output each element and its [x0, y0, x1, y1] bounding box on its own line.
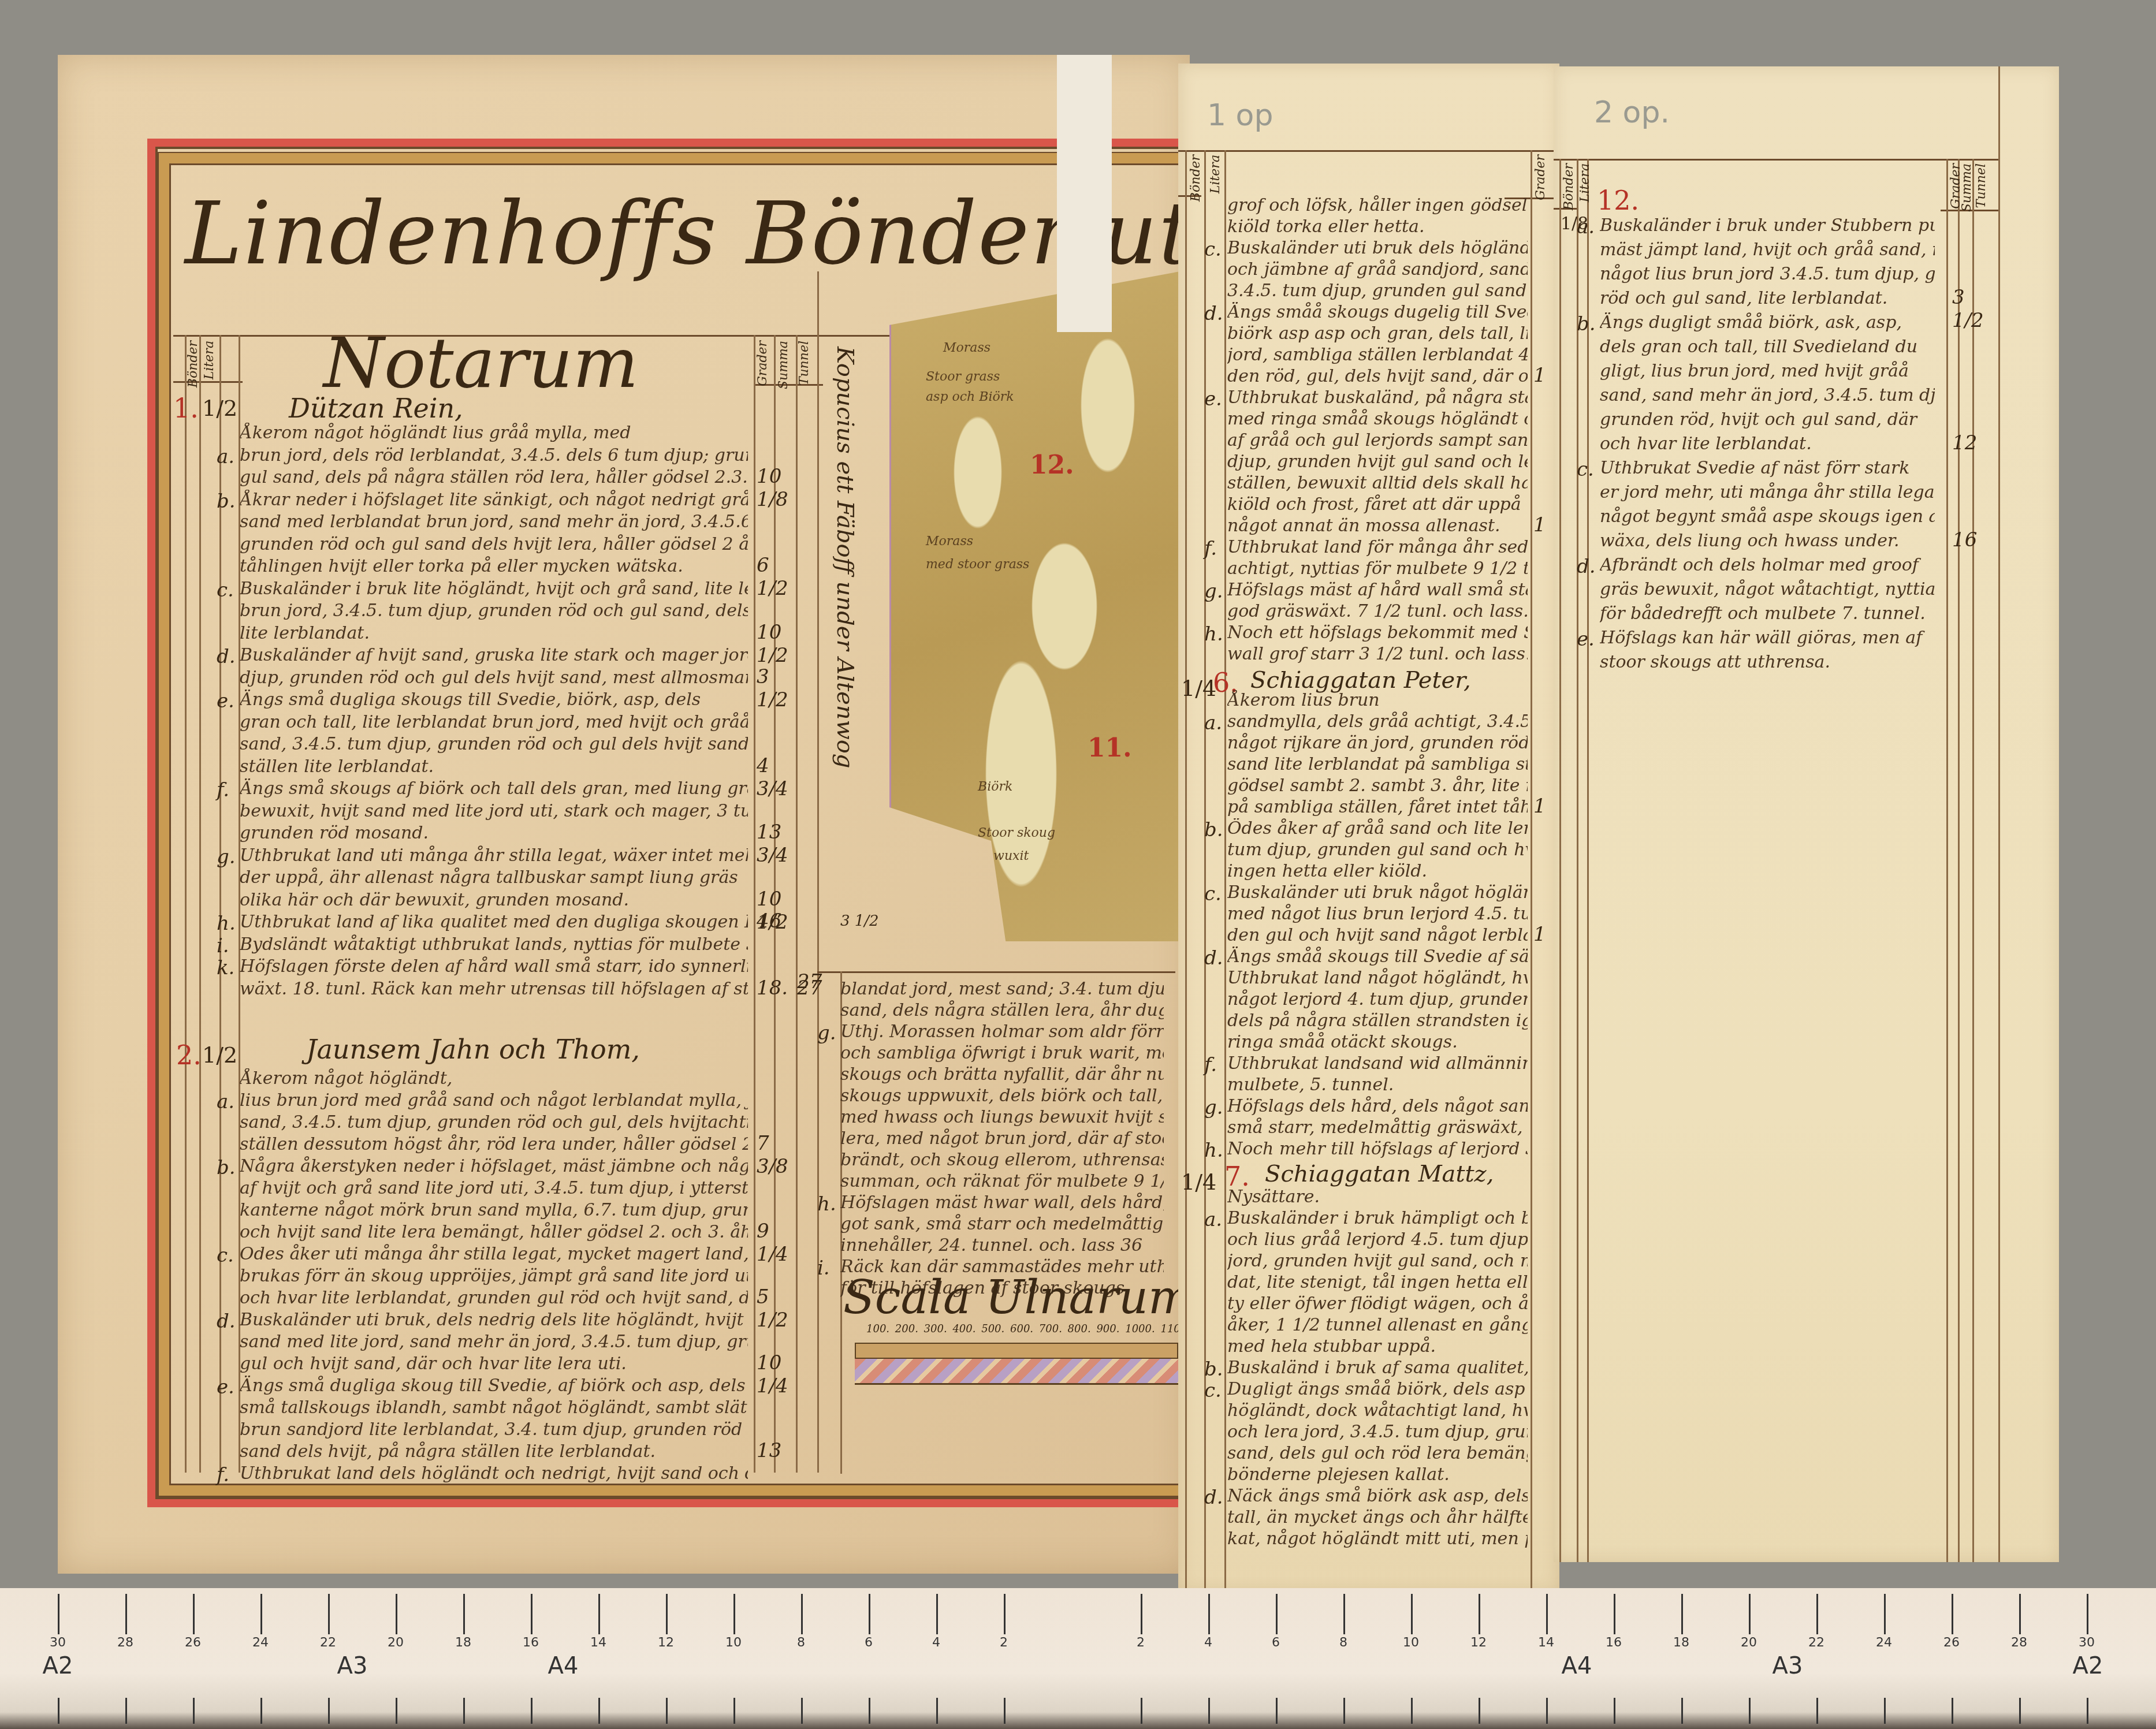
ledger-text-line: med hwass och liungs bewuxit hvijt sand …	[840, 1107, 1164, 1127]
ruler-number: 10	[725, 1635, 742, 1650]
ledger-text-line: Näck ängs små biörk ask asp, dels gran o…	[1227, 1486, 1528, 1506]
ledger-text-line: små starr, medelmåttig gräswäxt, 3 1/2 t…	[1227, 1117, 1528, 1138]
ledger-text-line: Åkerom lius brun	[1227, 690, 1528, 710]
ledger-text-line: stoor skougs att uthrensa.	[1600, 652, 1935, 672]
col-header: Bönder	[1562, 163, 1576, 210]
ledger-text-line: djup, grunden hvijt gul sand och lera på…	[1227, 452, 1528, 472]
ledger-text-line: något begynt småå aspe skougs igen att	[1600, 506, 1935, 527]
map-vertical-title: Kopucius ett Fäboff under Altenwog	[832, 346, 858, 768]
ledger-text-line: ställen, bewuxit alltid dels skall hafwa…	[1227, 473, 1528, 493]
ledger-text-line: högländt, dock wåtachtigt land, hvijt sa…	[1227, 1400, 1528, 1421]
paper-size-mark: A2	[43, 1653, 73, 1679]
ledger-text-line: lius brun jord med gråå sand och något l…	[240, 1090, 748, 1111]
ledger-text-line: och lius gråå lerjord 4.5. tum djup, san…	[1227, 1229, 1528, 1250]
pencil-page-label: 1 op	[1207, 98, 1273, 133]
ledger-text-line: grof och löfsk, håller ingen gödsel, tål…	[1227, 195, 1528, 215]
farm-fraction: 1/4	[1181, 676, 1216, 701]
ledger-text-line: achtigt, nyttias för mulbete 9 1/2 tunl.	[1227, 558, 1528, 579]
row-letter: d.	[1204, 947, 1223, 970]
ruler-tick	[1411, 1594, 1413, 1634]
header-rule-left	[173, 381, 243, 383]
map-corner-note: 3 1/2	[840, 912, 879, 930]
ruler-tick	[1343, 1594, 1345, 1634]
ledger-text-line: Buskaländer uti bruk något högländt, grå…	[1227, 882, 1528, 903]
col-rule	[199, 335, 201, 1473]
row-letter: i.	[217, 934, 229, 957]
grade-value: 10 1/4	[757, 1351, 800, 1398]
ruler-tick	[531, 1698, 533, 1724]
ledger-text-line: Åkrar neder i höfslaget lite sänkigt, oc…	[240, 490, 748, 510]
ruler-number: 22	[320, 1635, 336, 1650]
ledger-text-line: kiöld och frost, fåret att där uppå wäxe…	[1227, 494, 1528, 515]
ledger-text-line: sand, 3.4.5. tum djup, grunden röd och g…	[240, 1112, 748, 1132]
ledger-text-line: olika här och där bewuxit, grunden mosan…	[240, 890, 748, 910]
ledger-text-line: dels på några ställen strandsten igenwäx…	[1227, 1011, 1528, 1031]
ledger-text-line: er jord mehr, uti många åhr stilla legat…	[1600, 482, 1935, 502]
ledger-text-line: kiöld torka eller hetta.	[1227, 217, 1528, 237]
ledger-text-line: röd och gul sand, lite lerblandat.	[1600, 288, 1935, 308]
row-letter: i.	[817, 1257, 830, 1280]
col-rule	[1559, 159, 1561, 1562]
row-letter: e.	[1577, 628, 1595, 651]
ruler-tick	[58, 1594, 59, 1634]
farm-name: Schiaggatan Mattz,	[1265, 1161, 1494, 1187]
ruler-number: 28	[117, 1635, 133, 1650]
map-label: med stoor grass	[926, 557, 1029, 572]
ledger-text-line: ty eller öfwer flödigt wägen, och åhr än…	[1227, 1294, 1528, 1314]
farm-fraction: 1/4	[1181, 1169, 1216, 1195]
ledger-text-line: Uthbrukat landsand wid allmänningen	[1227, 1053, 1528, 1074]
ledger-text-line: Buskaländ i bruk af sama qualitet, än ob…	[1227, 1358, 1528, 1378]
ledger-text-line: Höfslags mäst af hård wall små starr, in…	[1227, 580, 1528, 600]
ruler-tick	[733, 1698, 735, 1724]
ruler-tick	[1276, 1698, 1278, 1724]
ledger-text-line: något lerjord 4. tum djup, grunden röd h…	[1227, 989, 1528, 1009]
ledger-text-line: af hvijt och grå sand lite jord uti, 3.4…	[240, 1178, 748, 1198]
ledger-text-line: Bydsländt wåtaktigt uthbrukat lands, nyt…	[240, 934, 748, 955]
ledger-text-line: med hela stubbar uppå.	[1227, 1336, 1528, 1357]
row-letter: e.	[1204, 387, 1222, 411]
ledger-text-line: på sambliga ställen, fåret intet tåhla h…	[1227, 797, 1528, 817]
ruler-tick	[1816, 1698, 1818, 1724]
grade-value: 1	[1533, 364, 1546, 387]
row-letter: c.	[217, 1244, 234, 1267]
ledger-text-line: tåhlingen hvijt eller torka på eller myc…	[240, 556, 748, 576]
row-letter: e.	[217, 690, 234, 713]
ledger-text-line: ställen lite lerblandat.	[240, 757, 748, 777]
ruler-tick	[260, 1698, 262, 1724]
ruler-tick	[936, 1594, 938, 1634]
col-header: Tunnel	[1974, 163, 1989, 208]
ruler-tick	[1749, 1698, 1751, 1724]
paper-size-mark: A3	[337, 1653, 368, 1679]
ruler-tick	[328, 1594, 330, 1634]
ledger-text-line: något rijkare än jord, grunden röd hvijt…	[1227, 733, 1528, 753]
ledger-text-line: brun sandjord lite lerblandat, 3.4. tum …	[240, 1419, 748, 1440]
ruler-tick	[1141, 1698, 1142, 1724]
row-letter: g.	[217, 845, 236, 869]
row-letter: h.	[217, 912, 236, 935]
col-header: Summa	[776, 341, 791, 389]
ledger-text-line: sand lite lerblandat på sambliga ställen…	[1227, 754, 1528, 774]
ruler-tick	[1816, 1594, 1818, 1634]
row-letter: d.	[217, 1310, 236, 1333]
ledger-text-line: gödsel sambt 2. sambt 3. åhr, lite med s…	[1227, 776, 1528, 796]
grade-value: 10 1/2	[757, 621, 800, 667]
col-rule	[817, 271, 819, 1473]
ruler-number: 18	[1673, 1635, 1689, 1650]
col-header: Litera	[202, 341, 217, 379]
farm-fraction: 1/2	[202, 1042, 237, 1068]
ledger-text-line: gräs bewuxit, något wåtachtigt, nyttias	[1600, 579, 1935, 599]
ruler-number: 28	[2011, 1635, 2027, 1650]
col-header: Litera	[1208, 155, 1223, 193]
scale-bar-hatch	[855, 1359, 1178, 1385]
ruler-tick	[598, 1594, 600, 1634]
ruler-tick	[260, 1594, 262, 1634]
ledger-text-line: Odes åker uti många åhr stilla legat, my…	[240, 1244, 748, 1264]
col-rule	[1224, 150, 1226, 1594]
ledger-text-line: wall grof starr 3 1/2 tunl. och lass.	[1227, 644, 1528, 664]
col-header: Litera	[1578, 163, 1592, 202]
ruler-number: 20	[1741, 1635, 1757, 1650]
ledger-text-line: summan, och räknat för mulbete 9 1/2 tun…	[840, 1171, 1164, 1191]
ruler-tick	[396, 1594, 397, 1634]
ruler-tick	[463, 1698, 465, 1724]
ledger-text-line: lera, med något brun jord, där af stoor …	[840, 1128, 1164, 1149]
row-letter: d.	[1577, 555, 1596, 578]
ledger-text-line: Uthbrukat land af lika qualitet med den …	[240, 912, 748, 932]
ledger-text-line: ringa småå otäckt skougs.	[1227, 1032, 1528, 1052]
map-label: Morass	[926, 534, 973, 549]
row-letter: a.	[1577, 215, 1595, 239]
ruler-number: 24	[1876, 1635, 1892, 1650]
ledger-text-line: och sambliga öfwrigt i bruk warit, med s…	[840, 1043, 1164, 1063]
grade-value: 46	[757, 910, 781, 933]
ruler-number: 30	[50, 1635, 66, 1650]
ledger-text-line: sand, sand mehr än jord, 3.4.5. tum djup	[1600, 385, 1935, 405]
row-letter: a.	[217, 445, 234, 468]
row-letter: b.	[217, 490, 236, 513]
grade-value: 7 3/8	[757, 1132, 800, 1178]
row-letter: d.	[217, 645, 236, 668]
grade-value: 1	[1533, 513, 1546, 536]
grade-value: 16	[1952, 528, 1977, 552]
ledger-text-line: sand med lite jord, sand mehr än jord, 3…	[240, 1332, 748, 1352]
ledger-text-line: biörk asp asp och gran, dels tall, lius …	[1227, 323, 1528, 344]
ruler-tick	[396, 1698, 397, 1724]
row-letter: g.	[817, 1022, 836, 1045]
ruler-tick	[1411, 1698, 1413, 1724]
ruler-number: 2	[1137, 1635, 1145, 1650]
ledger-page-1: 1 op Bönder Litera Grader grof och löfsk…	[1178, 64, 1559, 1594]
ruler-number: 6	[1272, 1635, 1280, 1650]
row-letter: h.	[1204, 1139, 1223, 1162]
ruler-number: 14	[1538, 1635, 1554, 1650]
ledger-text-line: Några åkerstyken neder i höfslaget, mäst…	[240, 1156, 748, 1176]
ruler-number: 10	[1403, 1635, 1419, 1650]
ruler-tick	[2019, 1594, 2021, 1634]
ledger-text-line: sand dels hvijt, på några ställen lite l…	[240, 1441, 748, 1462]
ledger-text-line: Buskaländer i bruk hämpligt och bergigt …	[1227, 1208, 1528, 1228]
col-header: Grader	[1533, 155, 1548, 200]
ledger-text-line: 3.4.5. tum djup, grunden gul sand och hv…	[1227, 281, 1528, 301]
ledger-text-line: mäst jämpt land, hvijt och gråå sand, me…	[1600, 240, 1935, 260]
map-label: Stoor grass	[926, 370, 1000, 384]
ruler-tick	[1004, 1594, 1006, 1634]
grade-value: 9 1/4	[757, 1220, 800, 1266]
pencil-page-label: 2 op.	[1594, 95, 1670, 130]
ruler-tick	[1479, 1594, 1480, 1634]
ledger-text-line: innehåller, 24. tunnel. och. lass 36	[840, 1235, 1164, 1255]
row-letter: g.	[1204, 580, 1223, 603]
row-letter: k.	[217, 956, 234, 979]
grade-value: 3 1/2	[757, 665, 800, 711]
ruler-tick	[531, 1594, 533, 1634]
ledger-text-line: sand, dels några ställen lera, åhr dugli…	[840, 1000, 1164, 1020]
ledger-text-line: jord, grunden hvijt gul sand, och något …	[1227, 1251, 1528, 1271]
ledger-text-line: sand, 3.4.5. tum djup, grunden röd och g…	[240, 734, 748, 754]
ledger-text-line: kat, något högländt mitt uti, men på söd…	[1227, 1529, 1528, 1549]
ruler-number: 8	[1339, 1635, 1347, 1650]
ledger-text-line: skougs uppwuxit, dels biörk och tall, oc…	[840, 1086, 1164, 1106]
row-letter: h.	[817, 1193, 836, 1216]
col-rule	[1972, 159, 1974, 1562]
ledger-text-line: lite lerblandat.	[240, 623, 748, 643]
col-rule	[1577, 159, 1578, 1562]
parcel-number: 12.	[1030, 450, 1074, 480]
paper-size-mark: A4	[548, 1653, 579, 1679]
ruler-tick	[1004, 1698, 1006, 1724]
ledger-text-line: något annat än mossa allenast.	[1227, 516, 1528, 536]
row-letter: c.	[217, 579, 234, 602]
ledger-text-line: ställen dessutom högst åhr, röd lera und…	[240, 1134, 748, 1154]
grade-value: 13 3/4	[757, 821, 800, 867]
ledger-text-line: och hvar lite lerblandat, grunden gul rö…	[240, 1288, 748, 1308]
row-letter: c.	[1204, 238, 1222, 261]
ruler-number: 18	[455, 1635, 471, 1650]
row-letter: f.	[1204, 537, 1217, 560]
ledger-text-line: af gråå och gul lerjords sampt sand 4.5.…	[1227, 430, 1528, 450]
row-letter: b.	[217, 1156, 236, 1179]
farm-fraction: 1/2	[202, 396, 237, 421]
ruler-tick	[869, 1698, 870, 1724]
ledger-text-line: der uppå, ähr allenast några tallbuskar …	[240, 867, 748, 888]
ledger-text-line: Höfslags dels hård, dels något sank wall	[1227, 1096, 1528, 1116]
ruler-tick	[801, 1594, 803, 1634]
ledger-text-line: den gul och hvijt sand något lerblandat.	[1227, 925, 1528, 945]
ruler-number: 20	[388, 1635, 404, 1650]
map-label: asp och Biörk	[926, 390, 1014, 404]
ruler-tick	[2087, 1594, 2088, 1634]
ledger-text-line: något lius brun jord 3.4.5. tum djup, gr…	[1600, 264, 1935, 284]
ledger-text-line: Uthbrukat land uti många åhr stilla lega…	[240, 845, 748, 866]
ledger-text-line: Buskaländer i bruk lite högländt, hvijt …	[240, 579, 748, 599]
header-rule	[1554, 159, 1998, 161]
ruler-number: 14	[590, 1635, 606, 1650]
header-rule	[1178, 150, 1559, 152]
col-header: Bönder	[186, 341, 200, 387]
ledger-text-line: Uthbrukat buskaländ, på några ställen hä…	[1227, 387, 1528, 408]
ruler-number: 26	[185, 1635, 201, 1650]
ruler-tick	[1208, 1698, 1210, 1724]
ruler-tick	[1479, 1698, 1480, 1724]
ruler-tick	[1681, 1698, 1683, 1724]
scale-title: Scala Ulnarum	[843, 1270, 1192, 1324]
ruler-tick	[2019, 1698, 2021, 1724]
torn-paper-strip	[1057, 55, 1112, 332]
ruler-tick	[1884, 1698, 1886, 1724]
row-letter: c.	[1204, 1379, 1222, 1402]
ruler-number: 22	[1808, 1635, 1824, 1650]
ledger-text-line: skougs och brätta nyfallit, där åhr nu s…	[840, 1064, 1164, 1085]
col-rule	[754, 335, 755, 1473]
ledger-text-line: med ringa småå skougs högländt och otäck…	[1227, 409, 1528, 429]
col-header: Tunnel	[797, 341, 811, 385]
ledger-page-2: 2 op. Bönder Litera Grader Summa Tunnel …	[1554, 66, 2059, 1562]
ledger-text-line: dat, lite stenigt, tål ingen hetta eller…	[1227, 1272, 1528, 1292]
ledger-text-line: Uthbrukat land något högländt, hvijt och…	[1227, 968, 1528, 988]
ledger-text-line: wäxa, dels liung och hwass under.	[1600, 531, 1935, 551]
row-letter: a.	[1204, 1208, 1222, 1231]
farm-number: 12.	[1597, 185, 1639, 216]
continuation-rule	[817, 971, 1175, 973]
grade-value: 3 1/2	[1952, 286, 1984, 332]
ledger-text-line: Buskaländer uti bruk dels högländt, dels…	[1227, 238, 1528, 258]
ruler-tick	[1141, 1594, 1142, 1634]
ledger-text-line: gul sand, dels på några ställen röd lera…	[240, 467, 748, 487]
ruler-tick	[1952, 1698, 1953, 1724]
ledger-text-line: Buskaländer af hvijt sand, gruska lite s…	[240, 645, 748, 665]
ruler-tick	[1749, 1594, 1751, 1634]
ledger-text-line: brukas förr än skoug uppröijes, jämpt gr…	[240, 1266, 748, 1286]
ruler-number: 16	[1606, 1635, 1622, 1650]
ledger-text-line: brun jord, dels röd lerblandat, 3.4.5. d…	[240, 445, 748, 465]
ruler-number: 4	[1204, 1635, 1212, 1650]
ledger-text-line: Uthbrukat land dels högländt och nedrigt…	[240, 1463, 748, 1484]
ruler-tick	[1884, 1594, 1886, 1634]
ruler-tick	[801, 1698, 803, 1724]
ruler-number: 2	[1000, 1635, 1008, 1650]
ledger-text-line: gran och tall, lite lerblandat brun jord…	[240, 712, 748, 732]
farm-number: 1.	[173, 393, 199, 424]
scale-bar: 100. 200. 300. 400. 500. 600. 700. 800. …	[855, 1343, 1178, 1383]
ruler-tick	[598, 1698, 600, 1724]
row-letter: a.	[217, 1090, 234, 1113]
ledger-text-line: sand med lerblandat brun jord, sand mehr…	[240, 512, 748, 532]
row-letter: f.	[1204, 1053, 1217, 1076]
ledger-text-line: god gräswäxt. 7 1/2 tunl. och lass.	[1227, 601, 1528, 621]
scale-bar-top	[855, 1343, 1178, 1359]
ruler-tick	[733, 1594, 735, 1634]
map-label: Morass	[943, 341, 991, 355]
row-letter: c.	[1204, 882, 1222, 906]
grade-value: 1	[1533, 923, 1546, 946]
ledger-text-line: Nysättare.	[1227, 1187, 1528, 1207]
ledger-text-line: Uthbrukat land för många åhr sedan, någo…	[1227, 537, 1528, 557]
row-letter: a.	[1204, 711, 1222, 735]
ledger-text-line: got sank, små starr och medelmåttig gräs…	[840, 1214, 1164, 1234]
paper-size-mark: A2	[2073, 1653, 2103, 1679]
col-header: Grader	[755, 341, 770, 386]
ledger-text-line: gul och hvijt sand, där och hvar lite le…	[240, 1354, 748, 1374]
col-rule	[1587, 159, 1589, 1562]
row-letter: d.	[1204, 302, 1223, 325]
ledger-text-line: blandat jord, mest sand; 3.4. tum djup, …	[840, 979, 1164, 999]
ledger-text-line: Ängs små dugliga skoug till Svedie, af b…	[240, 1376, 748, 1396]
ledger-text-line: Buskaländer i bruk under Stubbern purwe,	[1600, 215, 1935, 236]
ruler-tick	[193, 1698, 195, 1724]
grade-value: 1	[1533, 795, 1546, 818]
ledger-text-line: Afbrändt och dels holmar med groof	[1600, 555, 1935, 575]
ledger-text-line: och hvijt sand lite lera bemängt, håller…	[240, 1222, 748, 1242]
farm-name: Jaunsem Jahn och Thom,	[306, 1034, 640, 1065]
col-header: Summa	[1960, 163, 1974, 212]
row-letter: d.	[1204, 1486, 1223, 1509]
grade-value: 10 1/8	[757, 465, 800, 511]
ruler-number: 24	[252, 1635, 269, 1650]
ruler-tick	[1614, 1594, 1615, 1634]
ledger-text-line: Ängs småå skougs dugelig till Svedie, nå…	[1227, 302, 1528, 322]
ledger-text-line: Höfslagen mäst hwar wall, dels hård, del…	[840, 1193, 1164, 1213]
ruler-number: 8	[797, 1635, 805, 1650]
row-letter: b.	[1204, 1358, 1223, 1381]
row-letter: e.	[217, 1376, 234, 1399]
ledger-text-line: Noch ett höfslags bekommit med Sommalypp…	[1227, 623, 1528, 643]
table-top-rule	[173, 335, 976, 337]
ruler-tick	[666, 1594, 668, 1634]
ruler-tick	[1208, 1594, 1210, 1634]
parcel-number: 11.	[1088, 733, 1132, 763]
ledger-text-line: gligt, lius brun jord, med hvijt gråå	[1600, 361, 1935, 381]
ruler-tick	[869, 1594, 870, 1634]
ledger-text-line: för bådedrefft och mulbete 7. tunnel.	[1600, 603, 1935, 624]
farm-name: Dützan Rein,	[289, 393, 463, 424]
farm-number: 2.	[176, 1039, 202, 1071]
grade-value: 4 3/4	[757, 754, 800, 800]
ruler-tick	[58, 1698, 59, 1724]
ledger-text-line: Höfslagen förste delen af hård wall små …	[240, 956, 748, 977]
ledger-text-line: grunden röd mosand.	[240, 823, 748, 843]
ledger-text-line: Ängs små dugliga skougs till Svedie, biö…	[240, 690, 748, 710]
ledger-text-line: wäxt. 18. tunl. Räck kan mehr utrensas t…	[240, 979, 748, 999]
ledger-text-line: Uthj. Morassen holmar som aldr förr wari…	[840, 1022, 1164, 1042]
ledger-text-line: brändt, och skoug ellerom, uthrensas doc…	[840, 1150, 1164, 1170]
ruler-tick	[936, 1698, 938, 1724]
ledger-text-line: Åkerom något högländt lius gråå mylla, m…	[240, 423, 748, 443]
ruler-tick	[125, 1594, 127, 1634]
ruler-tick	[328, 1698, 330, 1724]
row-letter: f.	[217, 778, 229, 802]
row-letter: b.	[1204, 818, 1223, 841]
ruler-number: 12	[1470, 1635, 1487, 1650]
col-rule	[1185, 150, 1187, 1594]
ruler-tick	[1276, 1594, 1278, 1634]
ledger-text-line: jord, sambliga ställen lerblandat 4. tum…	[1227, 345, 1528, 365]
ledger-text-line: små tallskougs iblandh, sambt något högl…	[240, 1398, 748, 1418]
ruler-tick	[1546, 1594, 1548, 1634]
grade-value: 5 1/2	[757, 1285, 800, 1332]
ruler-tick	[666, 1698, 668, 1724]
grade-value: 13	[757, 1439, 781, 1462]
ruler-number: 12	[658, 1635, 674, 1650]
ledger-text-line: brun jord, 3.4.5. tum djup, grunden röd …	[240, 601, 748, 621]
col-rule	[185, 335, 187, 1473]
ruler-number: 16	[523, 1635, 539, 1650]
map-label: Biörk	[978, 780, 1012, 794]
ruler-tick	[1614, 1698, 1615, 1724]
measuring-ruler: 3028262422201816141210864224681012141618…	[0, 1588, 2156, 1729]
